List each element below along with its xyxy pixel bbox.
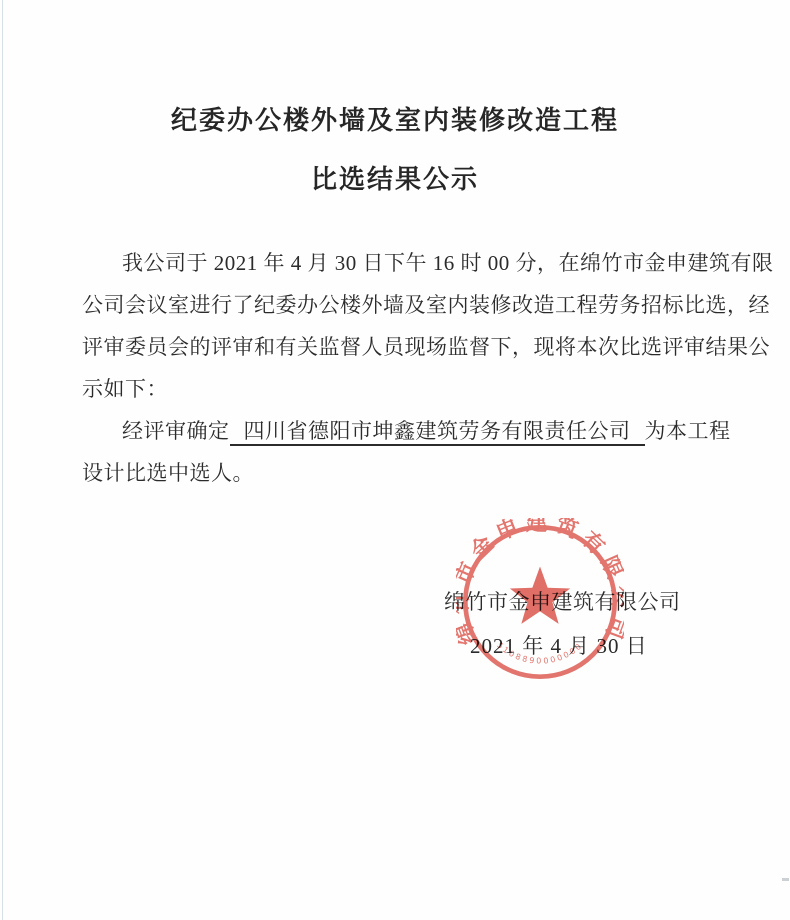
winner-company-name: 四川省德阳市坤鑫建筑劳务有限责任公司 <box>230 419 645 446</box>
document-subtitle: 比选结果公示 <box>0 159 790 196</box>
scan-speck-artifact <box>782 878 789 881</box>
body-line-4: 示如下： <box>82 368 742 410</box>
document-title: 纪委办公楼外墙及室内装修改造工程 <box>0 100 790 137</box>
scan-edge-artifact <box>2 0 3 920</box>
body-line-3: 评审委员会的评审和有关监督人员现场监督下，现将本次比选评审结果公 <box>82 326 742 368</box>
document-body: 我公司于 2021 年 4 月 30 日下午 16 时 00 分，在绵竹市金申建… <box>82 242 742 494</box>
decision-line: 经评审确定四川省德阳市坤鑫建筑劳务有限责任公司为本工程 <box>82 410 742 452</box>
signature-company-name: 绵竹市金申建筑有限公司 <box>444 586 681 616</box>
document-page: 纪委办公楼外墙及室内装修改造工程 比选结果公示 我公司于 2021 年 4 月 … <box>0 0 790 920</box>
decision-prefix: 经评审确定 <box>122 419 230 443</box>
seal-ring-text: 绵竹市金申建筑有限公司 <box>456 518 624 648</box>
body-line-2: 公司会议室进行了纪委办公楼外墙及室内装修改造工程劳务招标比选，经 <box>82 284 742 326</box>
decision-continuation: 设计比选中选人。 <box>82 452 742 494</box>
decision-suffix: 为本工程 <box>645 419 731 443</box>
body-line-1: 我公司于 2021 年 4 月 30 日下午 16 时 00 分，在绵竹市金申建… <box>82 242 742 284</box>
signature-date: 2021 年 4 月 30 日 <box>470 630 648 660</box>
